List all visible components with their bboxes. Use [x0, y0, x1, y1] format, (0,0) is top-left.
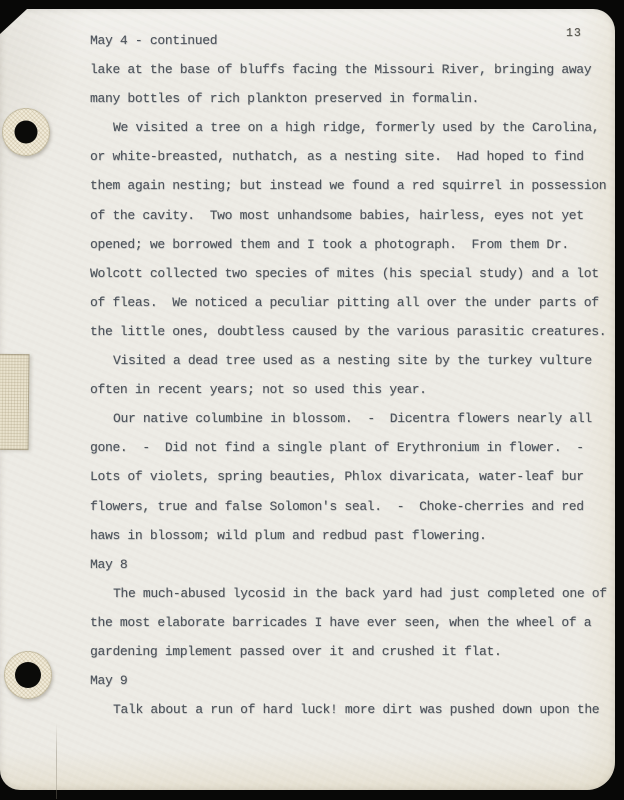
paper-crease: [56, 723, 57, 799]
punch-hole-bottom-center: [15, 662, 41, 688]
punch-hole-top-center: [15, 121, 38, 144]
text-line: Lots of violets, spring beauties, Phlox …: [90, 462, 620, 491]
text-line: Talk about a run of hard luck! more dirt…: [90, 695, 620, 724]
text-line: gone. - Did not find a single plant of E…: [90, 433, 620, 462]
typed-text-block: May 4 - continuedlake at the base of blu…: [90, 26, 620, 724]
text-line: the little ones, doubtless caused by the…: [90, 317, 620, 346]
date-heading: May 8: [90, 550, 620, 579]
text-line: We visited a tree on a high ridge, forme…: [90, 113, 620, 142]
text-line: opened; we borrowed them and I took a ph…: [90, 230, 620, 259]
text-line: haws in blossom; wild plum and redbud pa…: [90, 521, 620, 550]
text-line: Wolcott collected two species of mites (…: [90, 259, 620, 288]
binding-tape: [0, 354, 30, 450]
text-line: gardening implement passed over it and c…: [90, 637, 620, 666]
date-heading: May 4 - continued: [90, 26, 620, 55]
punch-hole-bottom: [4, 651, 52, 699]
text-line: The much-abused lycosid in the back yard…: [90, 579, 620, 608]
text-line: the most elaborate barricades I have eve…: [90, 608, 620, 637]
text-line: often in recent years; not so used this …: [90, 375, 620, 404]
text-line: Visited a dead tree used as a nesting si…: [90, 346, 620, 375]
text-line: lake at the base of bluffs facing the Mi…: [90, 55, 620, 84]
text-line: flowers, true and false Solomon's seal. …: [90, 492, 620, 521]
punch-hole-top: [2, 108, 50, 156]
text-line: many bottles of rich plankton preserved …: [90, 84, 620, 113]
paper-sheet: 13 May 4 - continuedlake at the base of …: [0, 9, 615, 790]
text-line: them again nesting; but instead we found…: [90, 171, 620, 200]
scanned-journal-page: 13 May 4 - continuedlake at the base of …: [0, 0, 624, 800]
text-line: or white-breasted, nuthatch, as a nestin…: [90, 142, 620, 171]
date-heading: May 9: [90, 666, 620, 695]
text-line: Our native columbine in blossom. - Dicen…: [90, 404, 620, 433]
text-line: of the cavity. Two most unhandsome babie…: [90, 201, 620, 230]
text-line: of fleas. We noticed a peculiar pitting …: [90, 288, 620, 317]
